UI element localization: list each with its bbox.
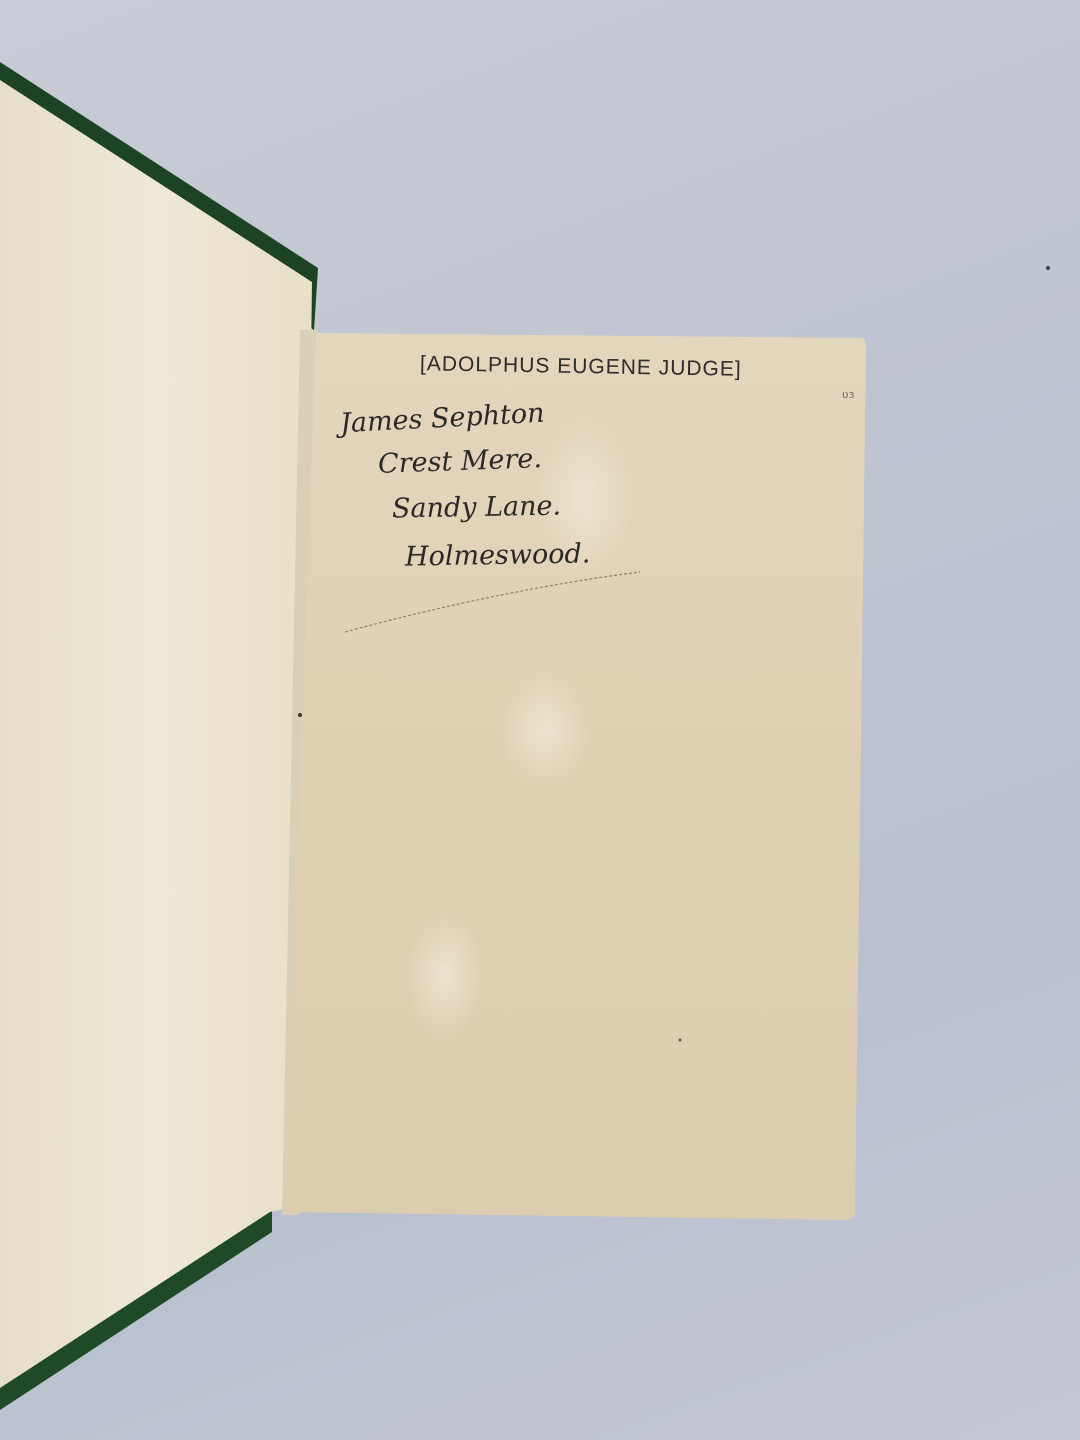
left-page — [0, 80, 312, 1388]
photo-scene: [ADOLPHUS EUGENE JUDGE] James Sephton Cr… — [0, 0, 1080, 1440]
inscription-line: Sandy Lane. — [392, 491, 562, 525]
open-book — [0, 0, 1080, 1440]
inscription-line: Crest Mere. — [378, 443, 543, 480]
pencil-corner-mark: ʋɜ — [842, 388, 854, 401]
inscription-line: Holmeswood. — [405, 538, 591, 572]
